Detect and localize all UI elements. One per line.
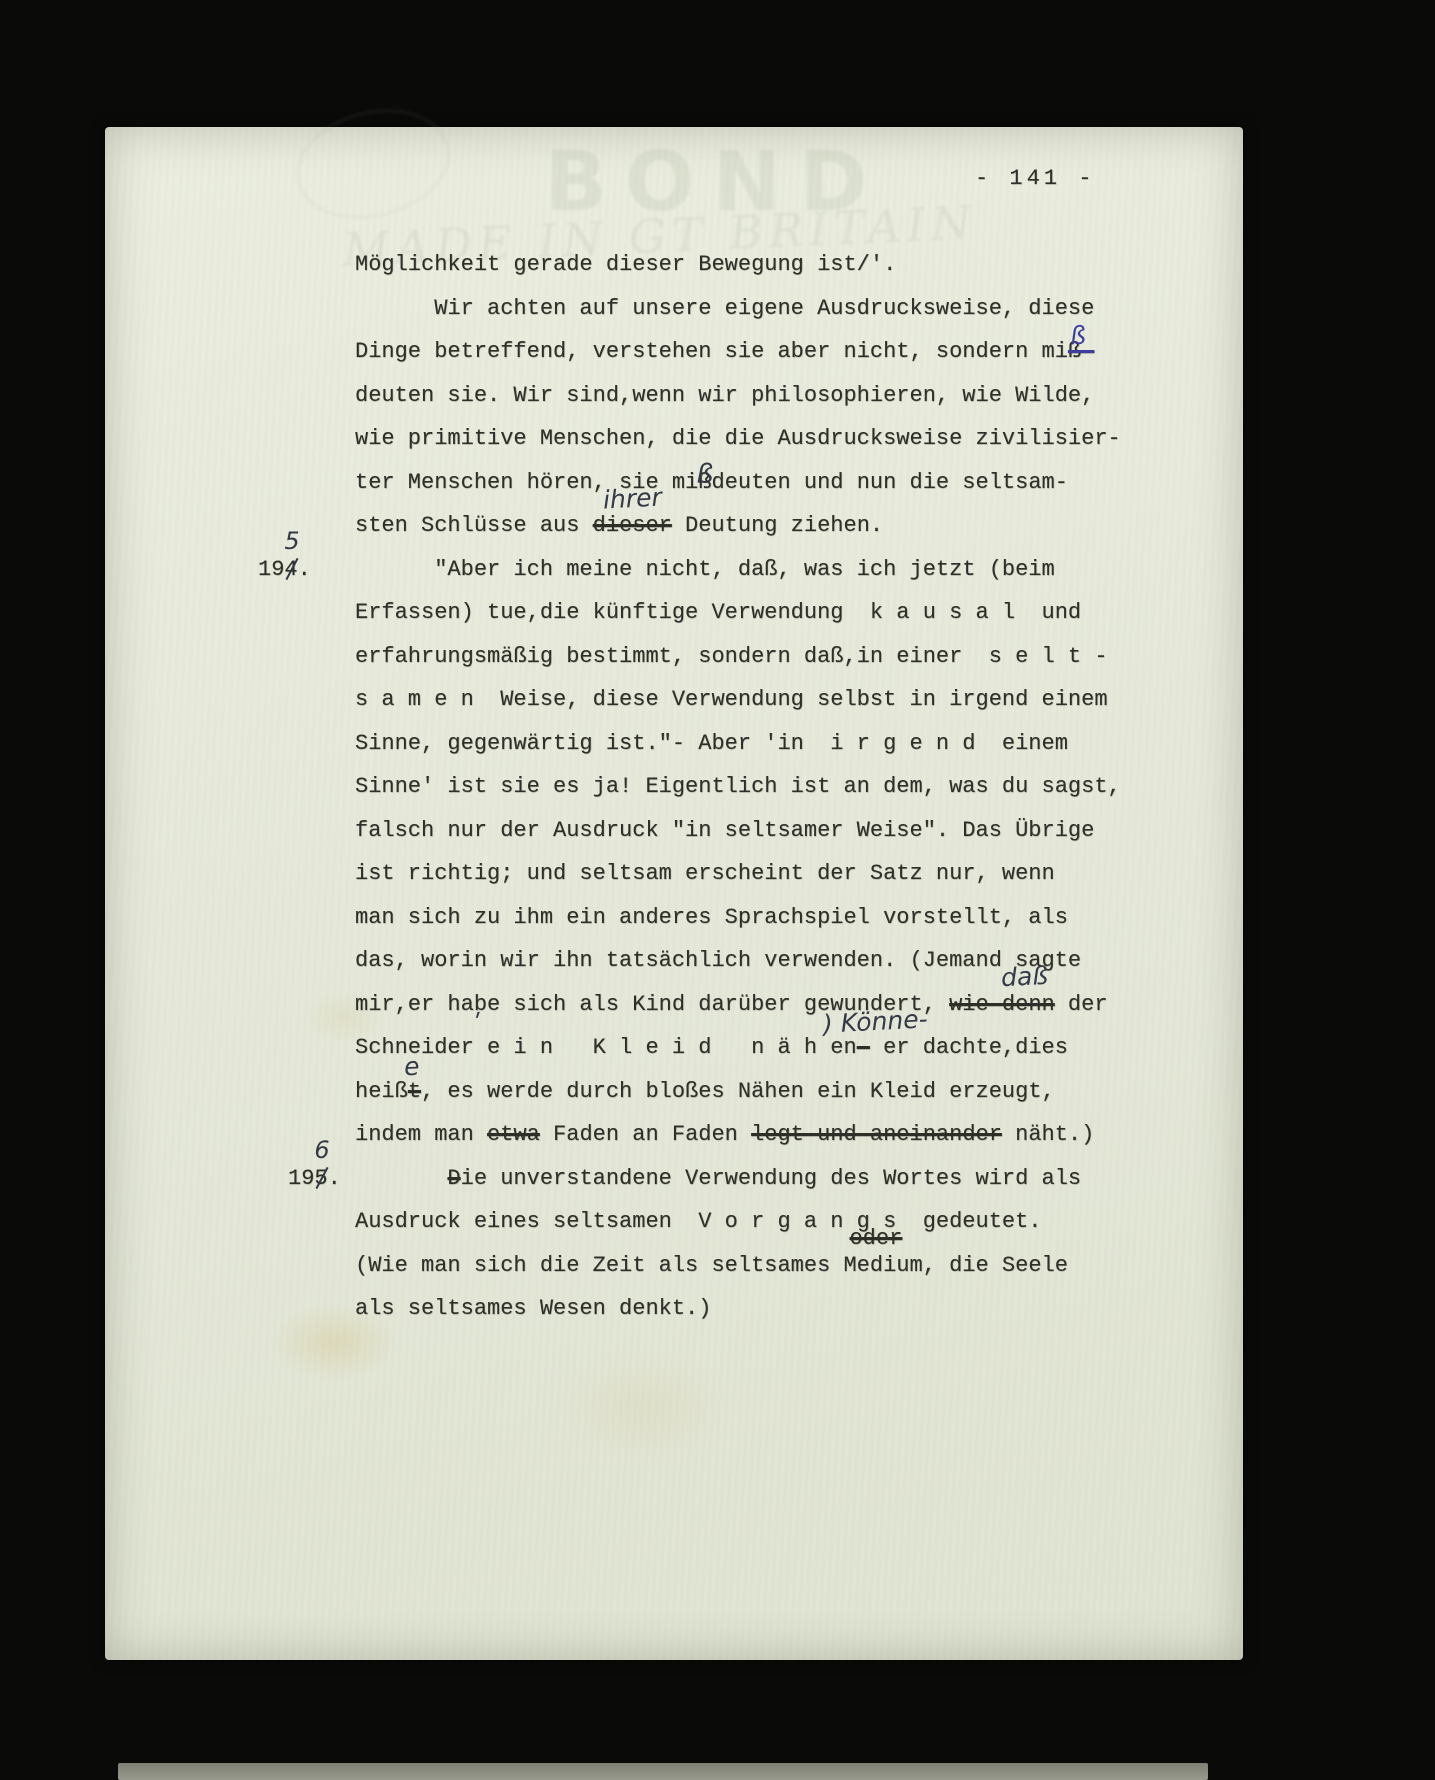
typed-text: erfahrungsmäßig bestimmt, sondern daß,in… (355, 644, 1108, 669)
typed-text: Ausdruck eines seltsamen V o r g a n g s… (355, 1209, 1042, 1234)
typed-text: s a m e n Weise, diese Verwendung selbst… (355, 687, 1108, 712)
handwritten-replacement-digit: 5 (284, 529, 299, 553)
typed-text: deuten und nun die seltsam- (711, 470, 1067, 495)
typescript-line: indem man etwa Faden an Faden legt und a… (355, 1120, 1155, 1164)
typescript-line: (Wie man sich die Zeit als seltsames Med… (355, 1251, 1155, 1295)
typescript-line: Dinge betreffend, verstehen sie aber nic… (355, 337, 1155, 381)
typed-text: , es werde durch bloßes Nähen ein Kleid … (421, 1079, 1055, 1104)
page-number: - 141 - (975, 166, 1095, 191)
typed-text: Deutung ziehen. (672, 513, 883, 538)
typescript-line: Sinne, gegenwärtig ist."- Aber 'in i r g… (355, 729, 1155, 773)
typescript-line: falsch nur der Ausdruck "in seltsamer We… (355, 816, 1155, 860)
typescript-line: Möglichkeit gerade dieser Bewegung ist/'… (355, 250, 1155, 294)
struck-typed-text: -) Könne- (857, 1035, 870, 1060)
typed-text: Möglichkeit gerade dieser Bewegung ist/'… (355, 252, 896, 277)
handwritten-annotation: e (403, 1053, 420, 1079)
typed-text: Erfassen) tue,die künftige Verwendung k … (355, 600, 1081, 625)
typescript-line: sten Schlüsse aus dieserihrer Deutung zi… (355, 511, 1155, 555)
struck-digit: 56 (314, 1164, 327, 1194)
handwritten-annotation: ß (1069, 323, 1086, 349)
typescript-line: man sich zu ihm ein anderes Sprachspiel … (355, 903, 1155, 947)
typescript-line: Schneider ʹe i n K l e i d n ä h en-) Kö… (355, 1033, 1155, 1077)
margin-paragraph-number: 1945. (258, 555, 311, 585)
typed-text: Sinne' ist sie es ja! Eigentlich ist an … (355, 774, 1121, 799)
typed-text: die Seele (936, 1253, 1068, 1278)
typescript-line: als seltsames Wesen denkt.) (355, 1294, 1155, 1338)
typed-text: Wir achten auf unsere eigene Ausdruckswe… (355, 296, 1094, 321)
typescript-line: s a m e n Weise, diese Verwendung selbst… (355, 685, 1155, 729)
handwritten-annotation: oder (849, 1228, 902, 1250)
typescript-line: ter Menschen hören, sie mißßdeuten und n… (355, 468, 1155, 512)
typescript-line: erfahrungsmäßig bestimmt, sondern daß,in… (355, 642, 1155, 686)
typescript-line: deuten sie. Wir sind,wenn wir philosophi… (355, 381, 1155, 425)
typescript-line: Wir achten auf unsere eigene Ausdruckswe… (355, 294, 1155, 338)
typed-text: sten Schlüsse aus (355, 513, 593, 538)
struck-typed-text: dieserihrer (593, 513, 672, 538)
margin-paragraph-number: 1956. (288, 1164, 341, 1194)
typescript-line: wie primitive Menschen, die die Ausdruck… (355, 424, 1155, 468)
typescript-line: Erfassen) tue,die künftige Verwendung k … (355, 598, 1155, 642)
typescript-line: 1956. Die unverstandene Verwendung des W… (355, 1164, 1155, 1208)
struck-typed-text: legt und aneinander (751, 1122, 1002, 1147)
typed-text: deuten sie. Wir sind,wenn wir philosophi… (355, 383, 1094, 408)
struck-typed-text: D (447, 1166, 460, 1191)
typescript-lines: Möglichkeit gerade dieser Bewegung ist/'… (355, 250, 1155, 1338)
struck-typed-text: etwa (487, 1122, 540, 1147)
paper-watermark-brand: BOND (505, 135, 925, 230)
struck-typed-text: ß-ß (1068, 339, 1094, 364)
faint-stamp-mark (284, 94, 461, 235)
typed-text: falsch nur der Ausdruck "in seltsamer We… (355, 818, 1094, 843)
typed-text: man sich zu ihm ein anderes Sprachspiel … (355, 905, 1068, 930)
typed-text: näht.) (1002, 1122, 1094, 1147)
typed-text: ie unverstandene Verwendung des Wortes w… (461, 1166, 1082, 1191)
typed-text: Sinne, gegenwärtig ist."- Aber 'in i r g… (355, 731, 1068, 756)
typed-text: das, worin wir ihn tatsächlich verwenden… (355, 948, 1081, 973)
typed-text: Medium,oder (843, 1253, 935, 1278)
typed-text: indem man (355, 1122, 487, 1147)
typescript-line: heißte, es werde durch bloßes Nähen ein … (355, 1077, 1155, 1121)
typescript-line: 1945. "Aber ich meine nicht, daß, was ic… (355, 555, 1155, 599)
typed-text (355, 1166, 447, 1191)
struck-typed-text: te (408, 1079, 421, 1104)
typed-text: als seltsames Wesen denkt.) (355, 1296, 711, 1321)
typed-text: e i n K l e i d n ä h en (487, 1035, 857, 1060)
struck-typed-text: wie denndaß (949, 992, 1055, 1017)
typed-text: ʹ (474, 1035, 487, 1060)
typed-text: Dinge betreffend, verstehen sie aber nic… (355, 339, 1068, 364)
struck-digit: 45 (284, 555, 297, 585)
typed-text: ist richtig; und seltsam erscheint der S… (355, 861, 1055, 886)
typed-text: "Aber ich meine nicht, daß, was ich jetz… (355, 557, 1055, 582)
typed-text: Faden an Faden (540, 1122, 751, 1147)
handwritten-annotation: daß (1000, 962, 1048, 989)
typescript-line: Ausdruck eines seltsamen V o r g a n g s… (355, 1207, 1155, 1251)
typed-text: wie primitive Menschen, die die Ausdruck… (355, 426, 1121, 451)
typed-text: der (1055, 992, 1108, 1017)
next-page-edge (118, 1763, 1208, 1780)
handwritten-annotation: ʹ (471, 1011, 479, 1036)
typed-text: er dachte,dies (870, 1035, 1068, 1060)
typed-text: (Wie man sich die Zeit als seltsames (355, 1253, 843, 1278)
handwritten-annotation: ihrer (602, 484, 662, 512)
typescript-line: ist richtig; und seltsam erscheint der S… (355, 859, 1155, 903)
handwritten-annotation: ) Könne- (822, 1006, 928, 1036)
typed-text: heiß (355, 1079, 408, 1104)
handwritten-replacement-digit: 6 (314, 1138, 329, 1162)
photograph-background: BOND MADE IN GT BRITAIN - 141 - Möglichk… (0, 0, 1435, 1780)
handwritten-overstrike: ß (696, 461, 713, 488)
typescript-line: Sinne' ist sie es ja! Eigentlich ist an … (355, 772, 1155, 816)
typed-text: ßß (698, 470, 711, 495)
